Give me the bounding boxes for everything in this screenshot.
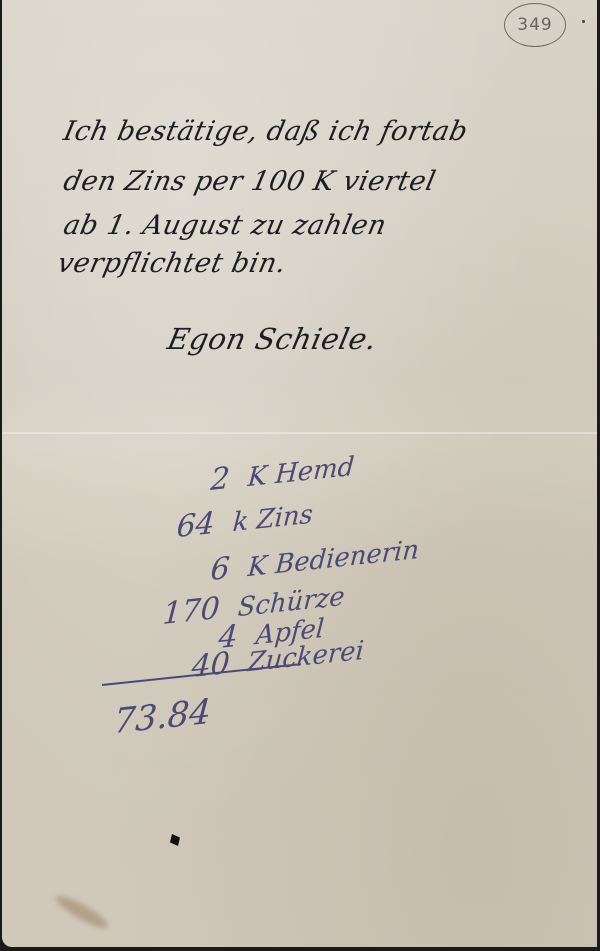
ink-speck bbox=[582, 20, 585, 23]
calc-label: Hemd bbox=[274, 452, 355, 491]
calc-label: Zins bbox=[256, 499, 314, 535]
calc-qty: 64 bbox=[156, 509, 216, 545]
signature: Egon Schiele. bbox=[165, 325, 380, 354]
calc-unit: k bbox=[232, 506, 250, 538]
calc-row: 64 k Zins bbox=[156, 498, 314, 545]
calc-row: 6 K Bedienerin bbox=[171, 534, 420, 590]
calc-qty: 40 bbox=[171, 649, 231, 685]
archive-number: 349 bbox=[517, 15, 552, 35]
archive-number-stamp: 349 bbox=[504, 3, 566, 47]
document-paper: 349 Ich bestätige, daß ich fortab den Zi… bbox=[2, 0, 597, 947]
calc-row: 2 K Hemd bbox=[171, 451, 355, 501]
calc-qty: 2 bbox=[171, 464, 231, 500]
letter-line-1: Ich bestätige, daß ich fortab bbox=[61, 118, 470, 145]
calc-unit: K bbox=[247, 551, 268, 583]
paper-hole bbox=[170, 834, 180, 846]
paper-fold-line bbox=[2, 432, 597, 434]
paper-stain bbox=[53, 891, 112, 933]
letter-line-2: den Zins per 100 K viertel bbox=[61, 168, 438, 195]
calc-total: 73.84 bbox=[113, 695, 212, 740]
calc-unit: K bbox=[247, 461, 268, 493]
calc-label: Bedienerin bbox=[274, 535, 420, 580]
calc-qty: 6 bbox=[171, 554, 231, 590]
letter-line-3: ab 1. August zu zahlen bbox=[61, 212, 389, 239]
letter-line-4: verpflichtet bin. bbox=[55, 250, 289, 277]
